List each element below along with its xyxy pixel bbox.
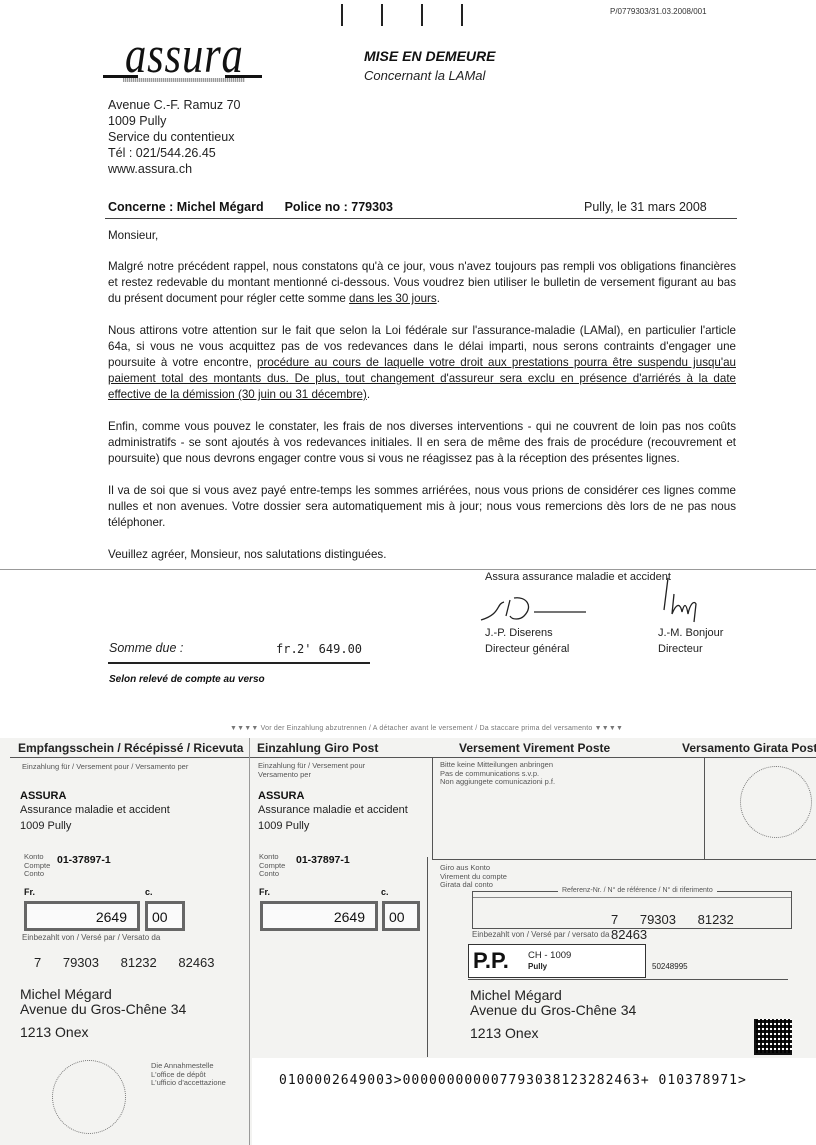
signer-2-name: J.-M. Bonjour: [658, 625, 723, 641]
signature-bonjour-icon: [650, 574, 720, 624]
concerne-line: Concerne : Michel Mégard Police no : 779…: [108, 200, 393, 214]
francs-field-giro: 2649: [260, 901, 378, 931]
perforation-line: [249, 738, 250, 1145]
document-reference: P/0779303/31.03.2008/001: [610, 7, 707, 16]
client-name: Michel Mégard: [177, 200, 264, 214]
account-number-giro: 01-37897-1: [296, 854, 350, 866]
detach-notice: ▼▼▼▼ Vor der Einzahlung abzutrennen / A …: [230, 725, 623, 732]
closing: Veuillez agréer, Monsieur, nos salutatio…: [108, 547, 736, 563]
recipient-block-receipt: ASSURA Assurance maladie et accident 100…: [20, 790, 170, 834]
cents-field-giro: 00: [382, 901, 420, 931]
signer-1-name: J.-P. Diserens: [485, 625, 569, 641]
website-link[interactable]: www.assura.ch: [108, 161, 240, 177]
office-label: Die Annahmestelle L'office de dépôt L'uf…: [151, 1062, 226, 1088]
ocr-coding-line: 0100002649003>00000000000779303812328246…: [279, 1073, 747, 1088]
policy-number: 779303: [351, 200, 393, 214]
slip-header-versamento: Versamento Girata Post: [682, 741, 816, 755]
letter-body: Malgré notre précédent rappel, nous cons…: [108, 259, 736, 579]
payer-block-main: Michel Mégard Avenue du Gros-Chêne 34 12…: [470, 988, 636, 1041]
amount-due-label: Somme due :: [109, 641, 183, 655]
payer-block-receipt: Michel Mégard Avenue du Gros-Chêne 34 12…: [20, 987, 186, 1040]
giro-from-account-label: Giro aus Konto Virement du compte Girata…: [440, 864, 507, 890]
paragraph-3: Enfin, comme vous pouvez le constater, l…: [108, 419, 736, 467]
place-date: Pully, le 31 mars 2008: [584, 200, 707, 214]
account-statement-note: Selon relevé de compte au verso: [109, 674, 265, 685]
assura-logo: assura: [103, 30, 263, 86]
sender-address: Avenue C.-F. Ramuz 70 1009 Pully Service…: [108, 97, 240, 177]
company-name: Assura assurance maladie et accident: [485, 569, 671, 585]
paragraph-1: Malgré notre précédent rappel, nous cons…: [108, 259, 736, 307]
slip-header-giro: Einzahlung Giro Post: [257, 741, 378, 755]
francs-field-receipt: 2649: [24, 901, 140, 931]
amount-due-currency: fr.: [276, 642, 298, 656]
amount-due-value: 2' 649.00: [297, 642, 362, 656]
pp-postage-box: P.P. CH - 1009 Pully: [468, 944, 646, 978]
document-title: MISE EN DEMEURE: [364, 48, 495, 64]
barcode-mark: [421, 4, 423, 26]
reference-number-receipt: 7 79303 81232 82463: [34, 955, 215, 970]
signer-2-title: Directeur: [658, 641, 723, 657]
barcode-mark: [381, 4, 383, 26]
barcode-mark: [341, 4, 343, 26]
reference-number-box: Referenz-Nr. / N° de référence / N° di r…: [472, 891, 792, 929]
account-number-receipt: 01-37897-1: [57, 854, 111, 866]
document-subtitle: Concernant la LAMal: [364, 68, 495, 83]
reference-number-main: 7 79303 81232 82463: [611, 912, 791, 942]
salutation: Monsieur,: [108, 228, 158, 244]
signer-1-title: Directeur général: [485, 641, 569, 657]
slip-header-receipt: Empfangsschein / Récépissé / Ricevuta: [18, 741, 243, 755]
paragraph-4: Il va de soi que si vous avez payé entre…: [108, 483, 736, 531]
recipient-block-giro: ASSURA Assurance maladie et accident 100…: [258, 790, 408, 834]
cents-field-receipt: 00: [145, 901, 185, 931]
no-communications-note: Bitte keine Mitteilungen anbringen Pas d…: [440, 761, 555, 787]
office-stamp-circle: [52, 1060, 126, 1134]
pp-number: 50248995: [652, 962, 688, 971]
barcode-mark: [461, 4, 463, 26]
paragraph-2: Nous attirons votre attention sur le fai…: [108, 323, 736, 403]
slip-header-versement: Versement Virement Poste: [459, 741, 610, 755]
signature-diserens-icon: [476, 594, 596, 626]
stamp-circle: [740, 766, 812, 838]
datamatrix-code-icon: [754, 1019, 792, 1055]
